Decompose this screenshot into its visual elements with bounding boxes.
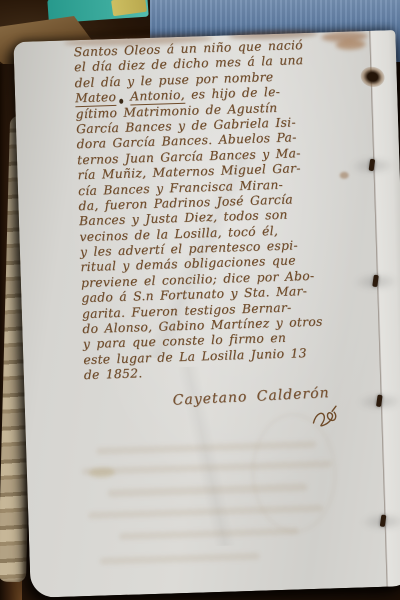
bleedthrough-ghost-line	[119, 527, 299, 540]
underlined-name: Mateo	[75, 90, 117, 107]
line-rest: es hijo de le-	[185, 85, 281, 102]
photo-of-manuscript-book: Santos Oleos á un niño que nació el día …	[0, 0, 400, 600]
handwritten-text-block: Santos Oleos á un niño que nació el día …	[73, 36, 375, 384]
signature: Cayetano Calderón	[172, 385, 330, 409]
underlined-name: Antonio,	[130, 88, 185, 105]
bleedthrough-ghost-line	[100, 553, 260, 565]
manuscript-page: Santos Oleos á un niño que nació el día …	[13, 30, 400, 598]
